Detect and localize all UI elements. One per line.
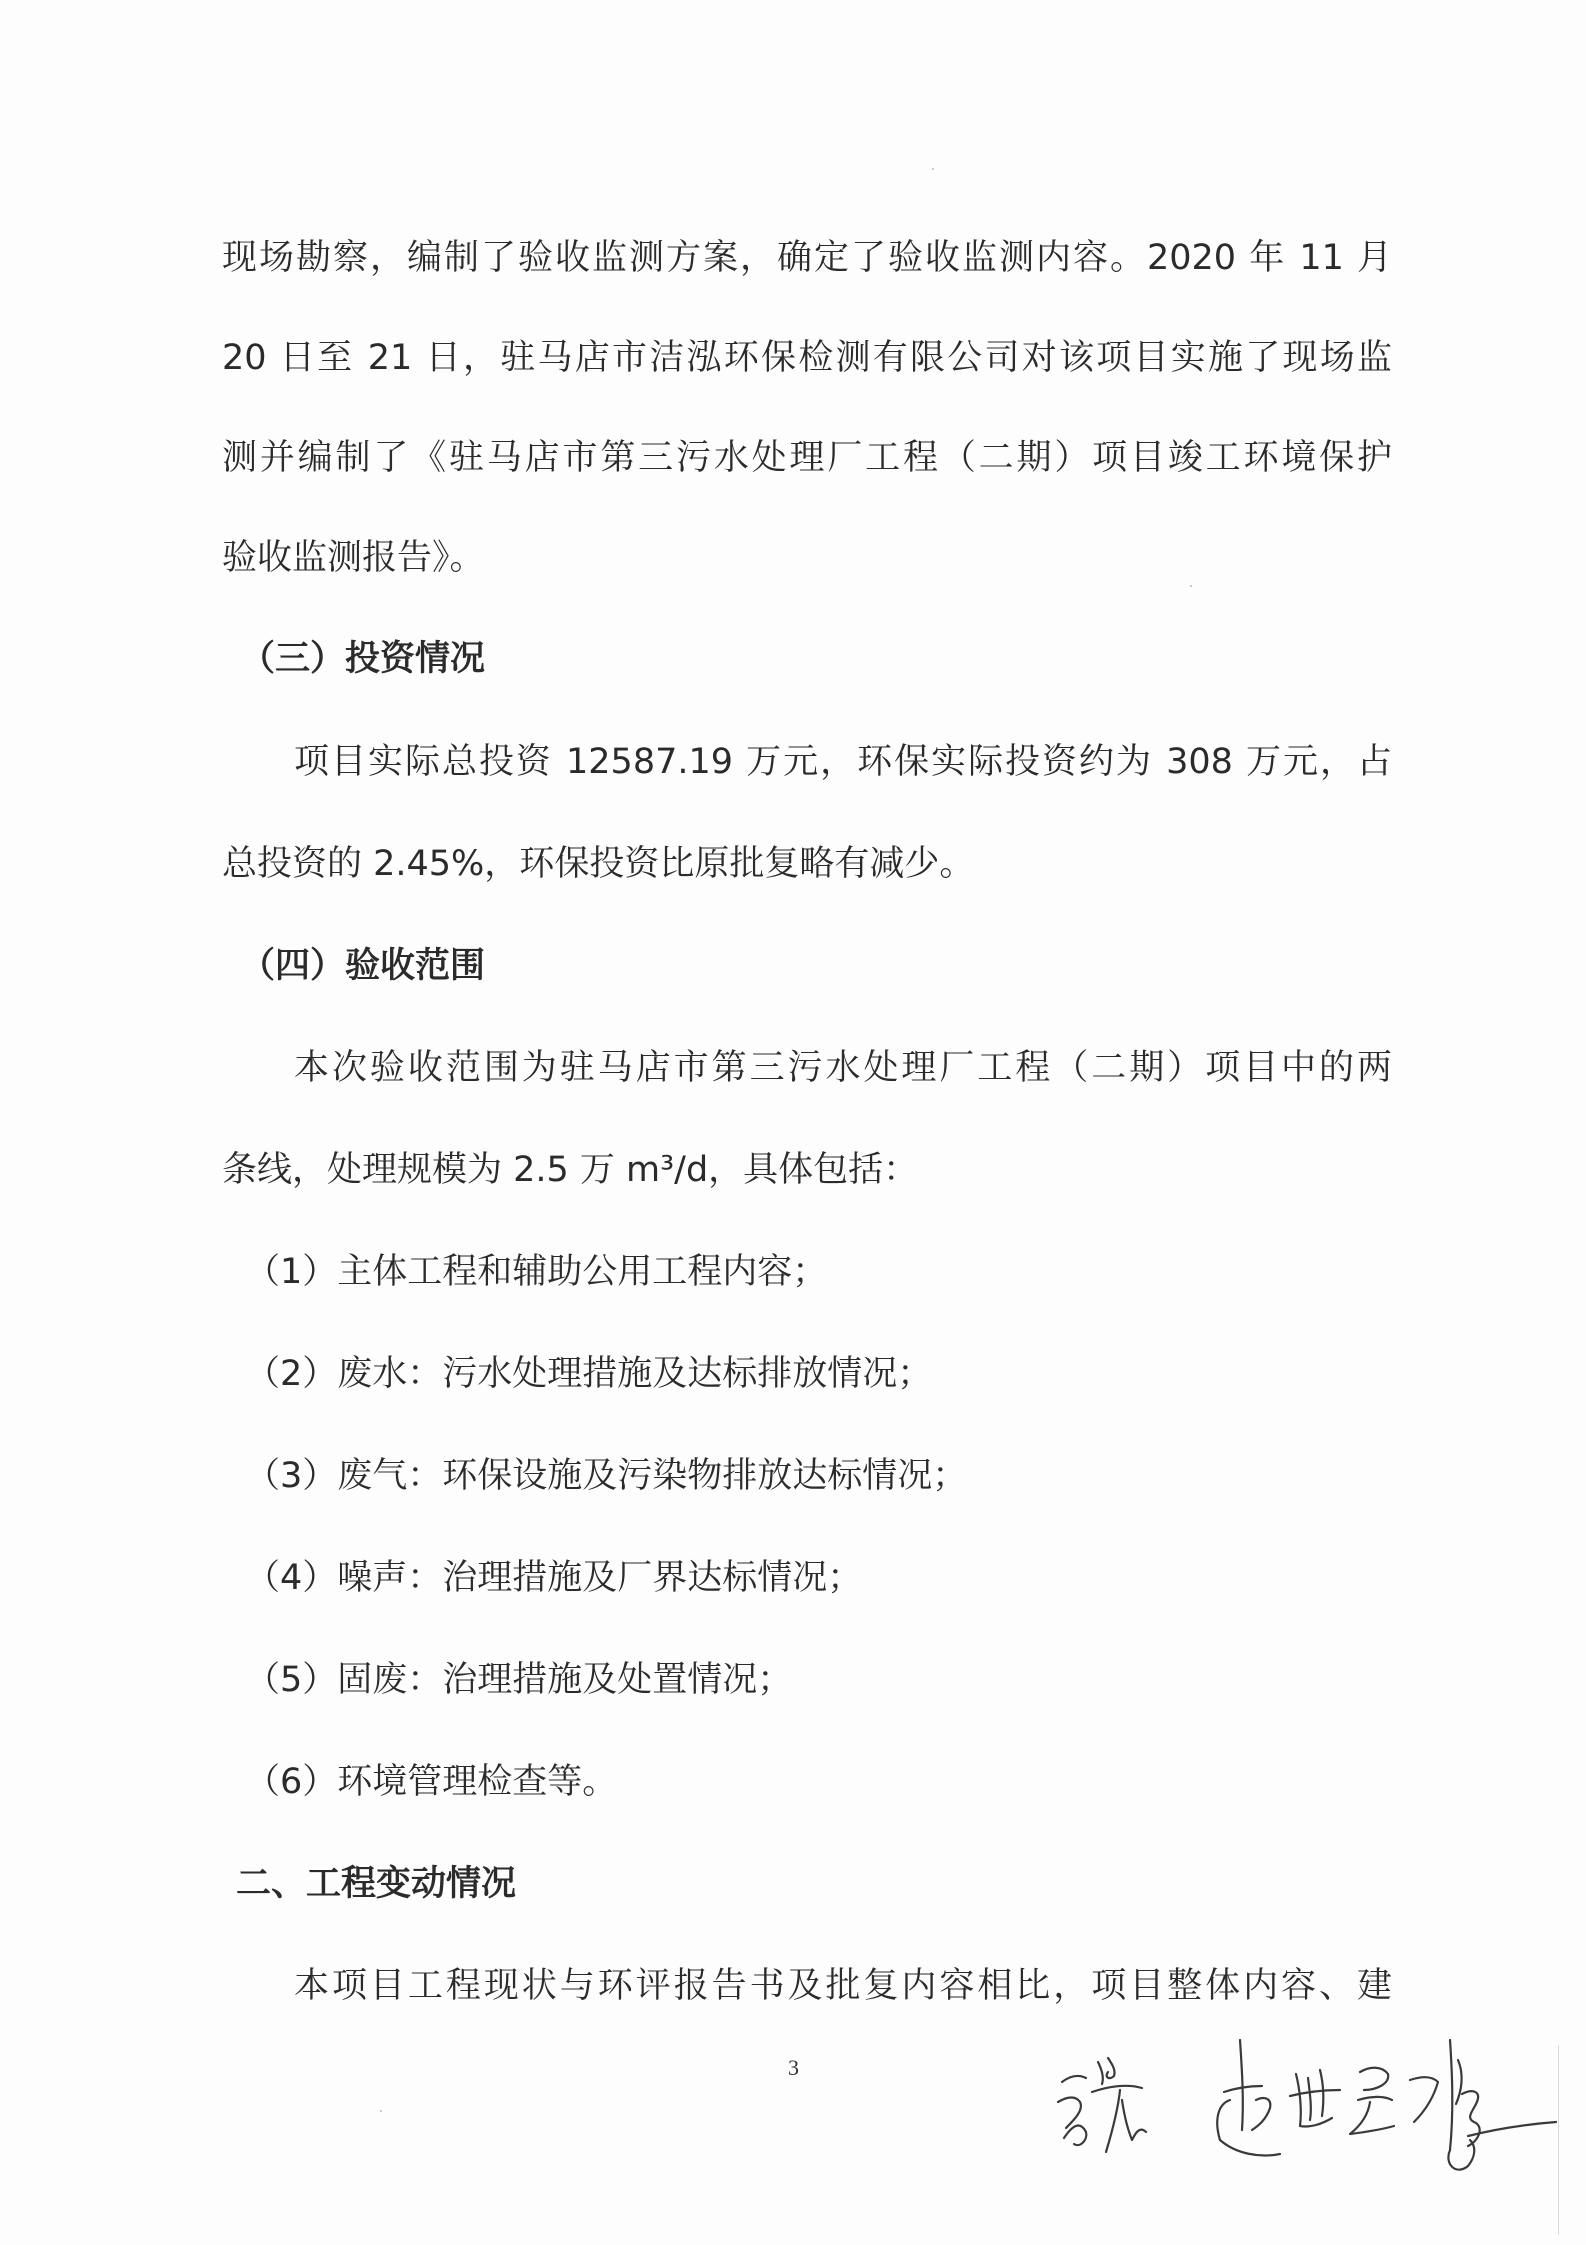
- investment-paragraph-line-2: 总投资的 2.45%，环保投资比原批复略有减少。: [222, 842, 974, 886]
- scope-list-item: （3）废气：环保设施及污染物排放达标情况；: [245, 1454, 967, 1498]
- section-heading-investment: （三）投资情况: [240, 637, 485, 681]
- page-number: 3: [788, 2055, 799, 2081]
- scope-list-item: （6）环境管理检查等。: [245, 1760, 617, 1804]
- document-page: 现场勘察，编制了验收监测方案，确定了验收监测内容。2020 年 11 月 20 …: [0, 0, 1586, 2245]
- paragraph-line: 现场勘察，编制了验收监测方案，确定了验收监测内容。2020 年 11 月: [222, 236, 1392, 280]
- handwritten-signature-1-icon: [1050, 2040, 1190, 2170]
- changes-paragraph-line-1: 本项目工程现状与环评报告书及批复内容相比，项目整体内容、建: [294, 1964, 1392, 2008]
- scope-paragraph-line-2: 条线，处理规模为 2.5 万 m³/d，具体包括：: [222, 1148, 918, 1192]
- scope-list-item: （5）固废：治理措施及处置情况；: [245, 1658, 792, 1702]
- scope-list-item: （1）主体工程和辅助公用工程内容；: [245, 1250, 827, 1294]
- scope-paragraph-line-1: 本次验收范围为驻马店市第三污水处理厂工程（二期）项目中的两: [294, 1046, 1392, 1090]
- handwritten-signature-2-icon: [1200, 2030, 1560, 2180]
- paragraph-line: 测并编制了《驻马店市第三污水处理厂工程（二期）项目竣工环境保护: [222, 436, 1392, 480]
- investment-paragraph-line-1: 项目实际总投资 12587.19 万元，环保实际投资约为 308 万元，占: [294, 740, 1392, 784]
- paragraph-line: 20 日至 21 日，驻马店市洁泓环保检测有限公司对该项目实施了现场监: [222, 336, 1392, 380]
- section-heading-changes: 二、工程变动情况: [236, 1862, 516, 1906]
- scan-speck: [1190, 585, 1192, 587]
- scan-speck: [932, 168, 934, 170]
- scan-edge-line: [1558, 2045, 1559, 2235]
- scan-speck: [380, 2110, 382, 2112]
- paragraph-line: 验收监测报告》。: [222, 536, 485, 580]
- scope-list-item: （2）废水：污水处理措施及达标排放情况；: [245, 1352, 932, 1396]
- section-heading-scope: （四）验收范围: [240, 944, 485, 988]
- scope-list-item: （4）噪声：治理措施及厂界达标情况；: [245, 1556, 862, 1600]
